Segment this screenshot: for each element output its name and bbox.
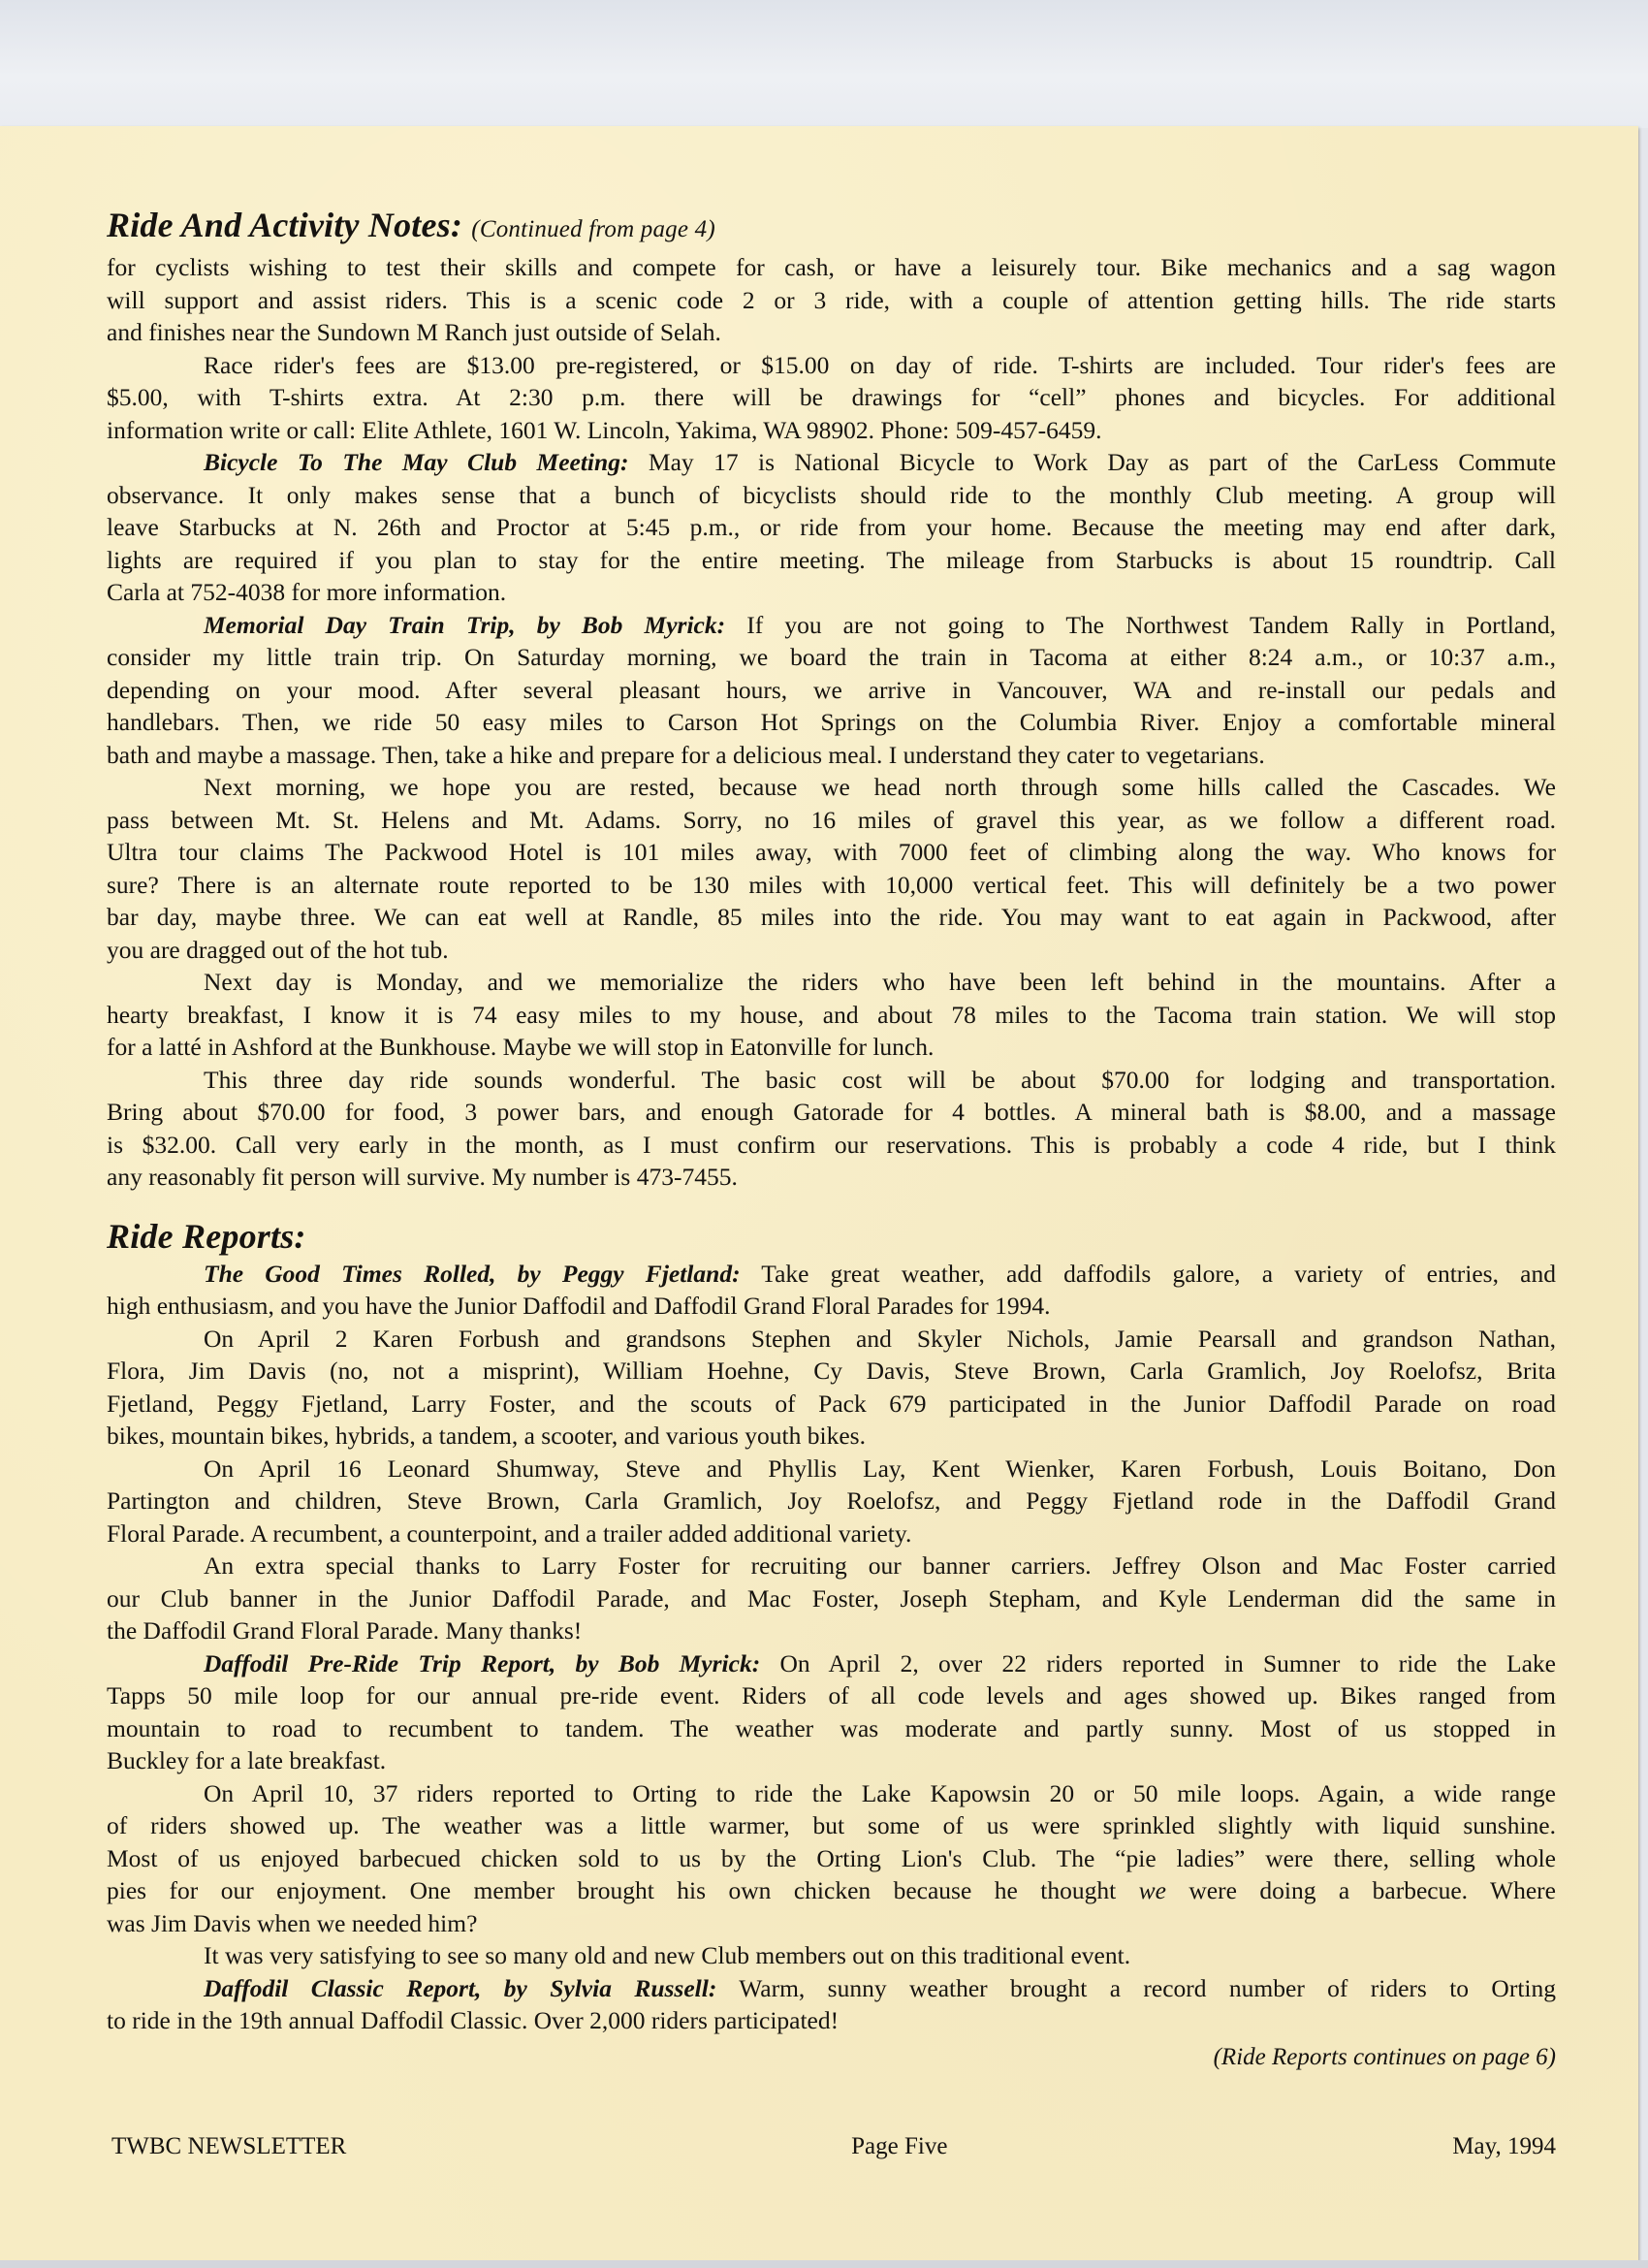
paragraph: Next day is Monday, and we memorialize t… bbox=[107, 966, 1556, 1064]
text-line: to ride in the 19th annual Daffodil Clas… bbox=[107, 2004, 1556, 2037]
text-line: is $32.00. Call very early in the month,… bbox=[107, 1129, 1556, 1162]
text-line: Tapps 50 mile loop for our annual pre-ri… bbox=[107, 1679, 1556, 1712]
text-line: will support and assist riders. This is … bbox=[107, 284, 1556, 317]
text-line: Partington and children, Steve Brown, Ca… bbox=[107, 1485, 1556, 1517]
paragraph: The Good Times Rolled, by Peggy Fjetland… bbox=[107, 1258, 1556, 1323]
text-line: pies for our enjoyment. One member broug… bbox=[107, 1874, 1556, 1907]
paragraph: Race rider's fees are $13.00 pre-registe… bbox=[107, 349, 1556, 447]
text-line: for a latté in Ashford at the Bunkhouse.… bbox=[107, 1031, 1556, 1064]
paragraph: This three day ride sounds wonderful. Th… bbox=[107, 1064, 1556, 1194]
paragraph: for cyclists wishing to test their skill… bbox=[107, 251, 1556, 349]
text-line: It was very satisfying to see so many ol… bbox=[107, 1939, 1556, 1972]
section-heading-ride-activity-notes: Ride And Activity Notes: (Continued from… bbox=[107, 204, 1556, 251]
paragraph: It was very satisfying to see so many ol… bbox=[107, 1939, 1556, 1972]
text-line: our Club banner in the Junior Daffodil P… bbox=[107, 1582, 1556, 1615]
text-line: consider my little train trip. On Saturd… bbox=[107, 641, 1556, 674]
text-line: observance. It only makes sense that a b… bbox=[107, 479, 1556, 512]
paragraph-lead-in: Daffodil Pre-Ride Trip Report, by Bob My… bbox=[204, 1649, 760, 1677]
text-line: An extra special thanks to Larry Foster … bbox=[107, 1549, 1556, 1582]
text-line: mountain to road to recumbent to tandem.… bbox=[107, 1712, 1556, 1745]
text-line: sure? There is an alternate route report… bbox=[107, 869, 1556, 902]
text-line: Bring about $70.00 for food, 3 power bar… bbox=[107, 1096, 1556, 1129]
text-line: depending on your mood. After several pl… bbox=[107, 674, 1556, 707]
text-line: Daffodil Classic Report, by Sylvia Russe… bbox=[107, 1972, 1556, 2005]
text-line: lights are required if you plan to stay … bbox=[107, 544, 1556, 577]
text-line: information write or call: Elite Athlete… bbox=[107, 414, 1556, 447]
section-title: Ride And Activity Notes: bbox=[107, 206, 462, 244]
paragraph-lead-in: Daffodil Classic Report, by Sylvia Russe… bbox=[204, 1974, 716, 2002]
text-line: was Jim Davis when we needed him? bbox=[107, 1907, 1556, 1940]
continues-on-page-note: (Ride Reports continues on page 6) bbox=[107, 2041, 1556, 2074]
paragraph: Memorial Day Train Trip, by Bob Myrick: … bbox=[107, 609, 1556, 772]
text-line: you are dragged out of the hot tub. bbox=[107, 934, 1556, 967]
paragraph-lead-in: Bicycle To The May Club Meeting: bbox=[204, 448, 628, 476]
text-line: Next day is Monday, and we memorialize t… bbox=[107, 966, 1556, 999]
text-line: bikes, mountain bikes, hybrids, a tandem… bbox=[107, 1420, 1556, 1453]
scanner-background-bottom bbox=[0, 2260, 1648, 2268]
paragraph: On April 2 Karen Forbush and grandsons S… bbox=[107, 1323, 1556, 1453]
text-line: of riders showed up. The weather was a l… bbox=[107, 1809, 1556, 1842]
paragraph-lead-in: The Good Times Rolled, by Peggy Fjetland… bbox=[204, 1260, 741, 1288]
paragraph: An extra special thanks to Larry Foster … bbox=[107, 1549, 1556, 1647]
text-line: On April 10, 37 riders reported to Ortin… bbox=[107, 1777, 1556, 1810]
text-line: Most of us enjoyed barbecued chicken sol… bbox=[107, 1842, 1556, 1875]
footer-date: May, 1994 bbox=[1452, 2133, 1556, 2160]
footer-page-number: Page Five bbox=[851, 2133, 947, 2160]
page-content: Ride And Activity Notes: (Continued from… bbox=[107, 204, 1556, 2074]
scanner-background-top bbox=[0, 0, 1648, 128]
text-line: Carla at 752-4038 for more information. bbox=[107, 576, 1556, 609]
ride-activity-notes-body: for cyclists wishing to test their skill… bbox=[107, 251, 1556, 1194]
text-line: Race rider's fees are $13.00 pre-registe… bbox=[107, 349, 1556, 382]
text-line: handlebars. Then, we ride 50 easy miles … bbox=[107, 706, 1556, 739]
paragraph: On April 16 Leonard Shumway, Steve and P… bbox=[107, 1453, 1556, 1550]
text-line: Daffodil Pre-Ride Trip Report, by Bob My… bbox=[107, 1647, 1556, 1680]
paragraph: Daffodil Classic Report, by Sylvia Russe… bbox=[107, 1972, 1556, 2037]
section-title: Ride Reports: bbox=[107, 1217, 306, 1256]
footer-newsletter-name: TWBC NEWSLETTER bbox=[111, 2133, 346, 2160]
section-heading-ride-reports: Ride Reports: bbox=[107, 1215, 1556, 1258]
text-line: and finishes near the Sundown M Ranch ju… bbox=[107, 316, 1556, 349]
text-line: The Good Times Rolled, by Peggy Fjetland… bbox=[107, 1258, 1556, 1291]
text-line: On April 2 Karen Forbush and grandsons S… bbox=[107, 1323, 1556, 1356]
text-line: On April 16 Leonard Shumway, Steve and P… bbox=[107, 1453, 1556, 1485]
text-line: bar day, maybe three. We can eat well at… bbox=[107, 901, 1556, 934]
text-line: Buckley for a late breakfast. bbox=[107, 1744, 1556, 1777]
paragraph: Bicycle To The May Club Meeting: May 17 … bbox=[107, 446, 1556, 609]
text-line: Next morning, we hope you are rested, be… bbox=[107, 771, 1556, 804]
text-line: leave Starbucks at N. 26th and Proctor a… bbox=[107, 511, 1556, 544]
text-line: This three day ride sounds wonderful. Th… bbox=[107, 1064, 1556, 1097]
paragraph: Next morning, we hope you are rested, be… bbox=[107, 771, 1556, 966]
text-line: for cyclists wishing to test their skill… bbox=[107, 251, 1556, 284]
text-line: high enthusiasm, and you have the Junior… bbox=[107, 1290, 1556, 1323]
text-line: $5.00, with T-shirts extra. At 2:30 p.m.… bbox=[107, 381, 1556, 414]
paragraph-lead-in: Memorial Day Train Trip, by Bob Myrick: bbox=[204, 611, 725, 639]
continued-note: (Continued from page 4) bbox=[471, 216, 715, 242]
emphasis: we bbox=[1139, 1876, 1166, 1904]
ride-reports-body: The Good Times Rolled, by Peggy Fjetland… bbox=[107, 1258, 1556, 2037]
text-line: hearty breakfast, I know it is 74 easy m… bbox=[107, 999, 1556, 1032]
text-line: Flora, Jim Davis (no, not a misprint), W… bbox=[107, 1355, 1556, 1388]
text-line: Ultra tour claims The Packwood Hotel is … bbox=[107, 836, 1556, 869]
text-line: Fjetland, Peggy Fjetland, Larry Foster, … bbox=[107, 1388, 1556, 1421]
text-line: pass between Mt. St. Helens and Mt. Adam… bbox=[107, 804, 1556, 837]
text-line: bath and maybe a massage. Then, take a h… bbox=[107, 739, 1556, 772]
text-line: Floral Parade. A recumbent, a counterpoi… bbox=[107, 1517, 1556, 1550]
text-line: Bicycle To The May Club Meeting: May 17 … bbox=[107, 446, 1556, 479]
paragraph: Daffodil Pre-Ride Trip Report, by Bob My… bbox=[107, 1647, 1556, 1777]
paragraph: On April 10, 37 riders reported to Ortin… bbox=[107, 1777, 1556, 1940]
text-line: any reasonably fit person will survive. … bbox=[107, 1161, 1556, 1194]
text-line: Memorial Day Train Trip, by Bob Myrick: … bbox=[107, 609, 1556, 642]
page-footer: TWBC NEWSLETTER Page Five May, 1994 bbox=[111, 2133, 1556, 2160]
text-line: the Daffodil Grand Floral Parade. Many t… bbox=[107, 1614, 1556, 1647]
